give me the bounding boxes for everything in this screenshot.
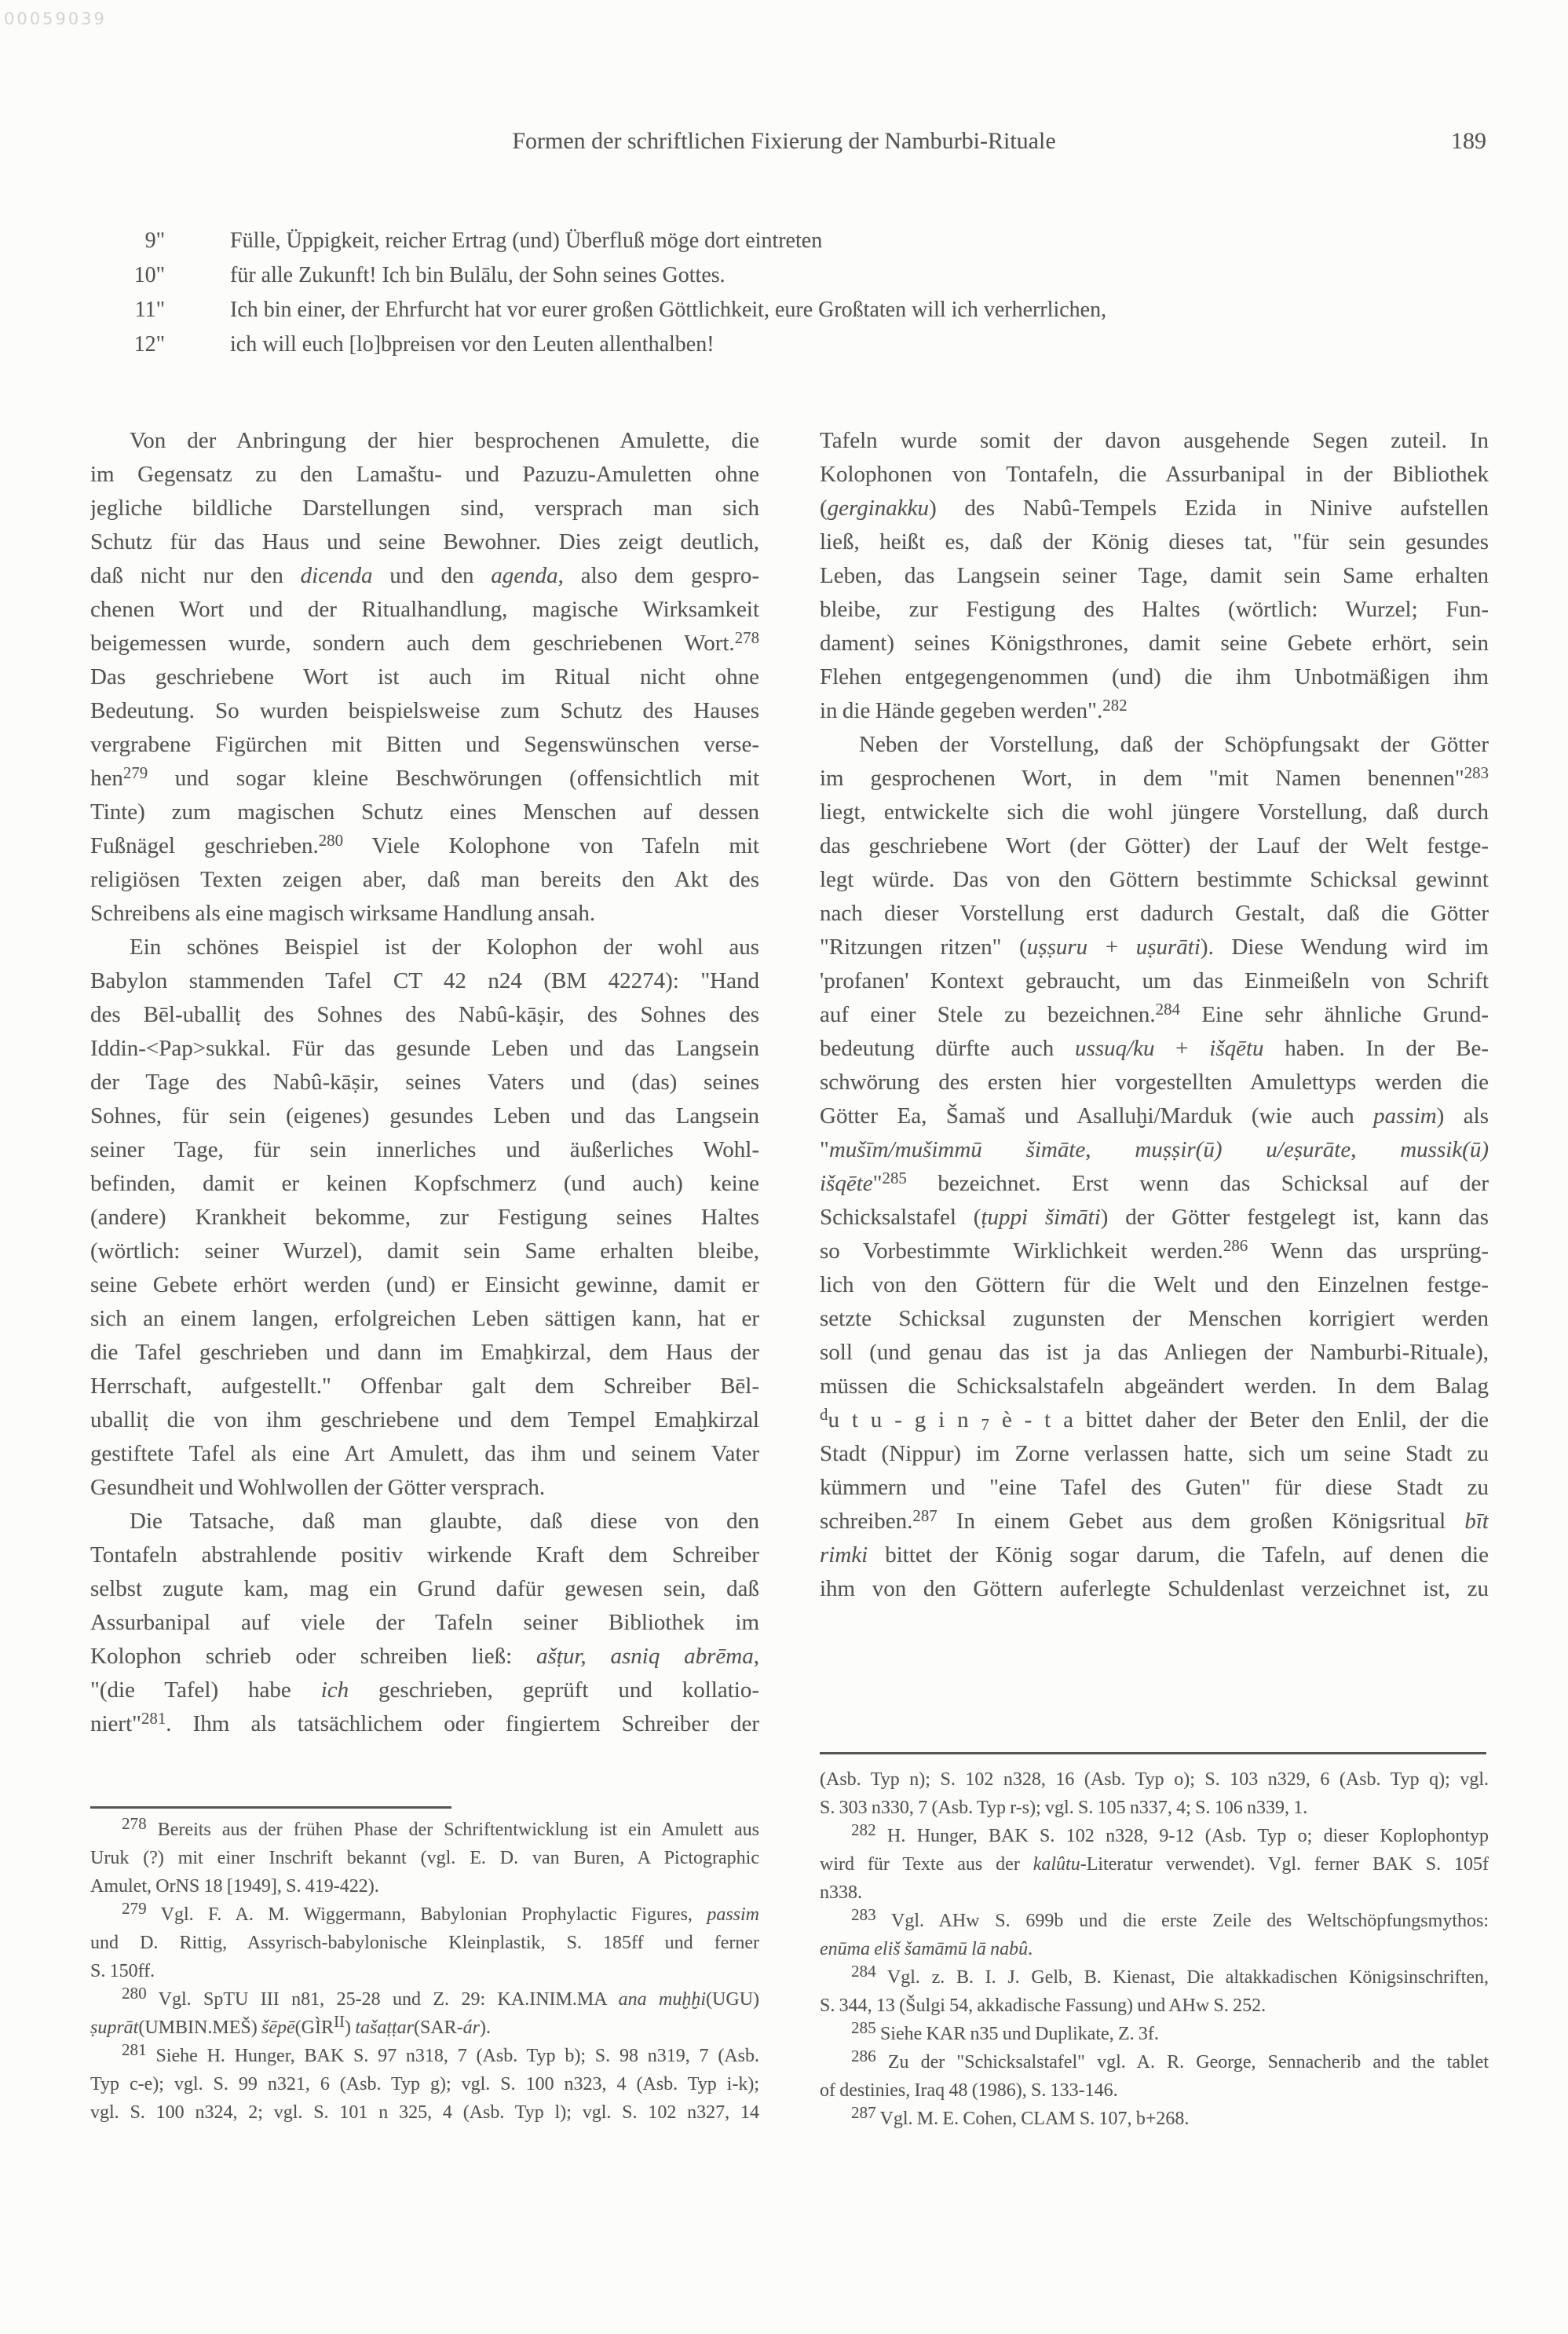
text-segment: ) der Götter festgelegt ist, kann das (1101, 1205, 1489, 1230)
superscript-text: 281 (141, 1709, 166, 1728)
text-line: Das geschriebene Wort ist auch im Ritual… (90, 660, 759, 694)
text-line: wird für Texte aus der kalûtu-Literatur … (820, 1850, 1489, 1879)
text-line: hen279 und sogar kleine Beschwörungen (o… (90, 762, 759, 796)
text-segment: beigemessen wurde, sondern auch dem gesc… (90, 631, 735, 656)
superscript-text: II (334, 2014, 345, 2031)
text-segment: (wörtlich: seiner Wurzel), damit sein Sa… (90, 1238, 759, 1264)
text-segment: dament) seines Königsthrones, damit sein… (820, 631, 1489, 656)
text-segment: . Ihm als tatsächlichem oder fingiertem … (166, 1711, 759, 1736)
text-line: seiner Tage, für sein innerliches und äu… (90, 1133, 759, 1167)
text-segment: Schreibens als eine magisch wirksame Han… (90, 901, 595, 926)
text-segment: Babylon stammenden Tafel CT 42 n24 (BM 4… (90, 968, 759, 993)
text-segment: Typ c-e); vgl. S. 99 n321, 6 (Asb. Typ g… (90, 2074, 759, 2094)
text-line: schwörung des ersten hier vorgestellten … (820, 1066, 1489, 1099)
text-segment: vgl. S. 100 n324, 2; vgl. S. 101 n 325, … (90, 2102, 759, 2123)
text-segment: jegliche bildliche Darstellungen sind, v… (90, 496, 759, 521)
text-segment: (SAR- (414, 2018, 463, 2038)
text-line: Kolophonen von Tontafeln, die Assurbanip… (820, 458, 1489, 492)
text-line: legt würde. Das von den Göttern bestimmt… (820, 863, 1489, 897)
text-segment: daß nicht nur den (90, 563, 301, 588)
text-line: Flehen entgegengenommen (und) die ihm Un… (820, 660, 1489, 694)
text-segment: è - t a bittet daher der Beter den Enlil… (989, 1407, 1489, 1432)
text-line: der Tage des Nabû-kāṣir, seines Vaters u… (90, 1066, 759, 1099)
superscript-text: 280 (122, 1985, 147, 2003)
text-segment: ) des Nabû-Tempels Ezida in Ninive aufst… (929, 496, 1489, 521)
text-segment: uballiṭ die von ihm geschriebene und dem… (90, 1407, 759, 1432)
text-line: ihm von den Göttern auferlegte Schuldenl… (820, 1572, 1489, 1606)
text-line: nach dieser Vorstellung erst dadurch Ges… (820, 897, 1489, 931)
text-line: Bedeutung. So wurden beispielsweise zum … (90, 694, 759, 728)
text-line: Schutz für das Haus und seine Bewohner. … (90, 525, 759, 559)
text-segment: Eine sehr ähnliche Grund- (1180, 1002, 1489, 1027)
text-segment: ihm von den Göttern auferlegte Schuldenl… (820, 1576, 1489, 1601)
text-segment: lich von den Göttern für die Welt und de… (820, 1272, 1489, 1297)
text-segment: niert" (90, 1711, 141, 1736)
text-line: setzte Schicksal zugunsten der Menschen … (820, 1302, 1489, 1336)
text-line: Ein schönes Beispiel ist der Kolophon de… (90, 931, 759, 964)
text-segment: H. Hunger, BAK S. 102 n328, 9-12 (Asb. T… (876, 1826, 1489, 1846)
italic-text: dicenda (301, 563, 373, 588)
text-line: selbst zugute kam, mag ein Grund dafür g… (90, 1572, 759, 1606)
italic-text: ich (321, 1677, 349, 1703)
text-line: 286 Zu der "Schicksalstafel" vgl. A. R. … (820, 2048, 1489, 2076)
text-line: Schicksalstafel (ṭuppi šimāti) der Götte… (820, 1201, 1489, 1235)
text-line: uballiṭ die von ihm geschriebene und dem… (90, 1403, 759, 1437)
text-line: Von der Anbringung der hier besprochenen… (90, 424, 759, 458)
italic-text: bīt (1464, 1509, 1489, 1534)
text-segment: 'profanen' Kontext gebraucht, um das Ein… (820, 968, 1489, 993)
text-segment: "Ritzungen ritzen" ( (820, 935, 1027, 960)
text-segment: schreiben. (820, 1509, 912, 1534)
italic-text: passim (707, 1904, 759, 1925)
text-line: in die Hände gegeben werden".282 (820, 694, 1489, 728)
text-segment: In einem Gebet aus dem großen Königsritu… (938, 1509, 1465, 1534)
quote-line-text: Fülle, Üppigkeit, reicher Ertrag (und) Ü… (230, 224, 822, 258)
text-segment: legt würde. Das von den Göttern bestimmt… (820, 867, 1489, 892)
text-segment: -Literatur verwendet). Vgl. ferner BAK S… (1080, 1854, 1489, 1875)
subscript-text: 7 (981, 1415, 989, 1434)
text-segment: kümmern und "eine Tafel des Guten" für d… (820, 1475, 1489, 1500)
text-segment: auf einer Stele zu bezeichnen. (820, 1002, 1156, 1027)
text-line: gestiftete Tafel als eine Art Amulett, d… (90, 1437, 759, 1471)
text-segment: Vgl. F. A. M. Wiggermann, Babylonian Pro… (147, 1904, 707, 1925)
text-line: "Ritzungen ritzen" (uṣṣuru + uṣurāti). D… (820, 931, 1489, 964)
text-line: Götter Ea, Šamaš und Asalluḫi/Marduk (wi… (820, 1099, 1489, 1133)
text-segment: ließ, heißt es, daß der König dieses tat… (820, 529, 1489, 554)
text-segment: Zu der "Schicksalstafel" vgl. A. R. Geor… (876, 2052, 1489, 2072)
italic-text: ašṭur, asniq abrēma (536, 1644, 754, 1669)
footnotes-right: (Asb. Typ n); S. 102 n328, 16 (Asb. Typ … (820, 1765, 1489, 2133)
text-segment: Tontafeln abstrahlende positiv wirkende … (90, 1542, 759, 1568)
text-segment: vergrabene Figürchen mit Bitten und Sege… (90, 732, 759, 757)
text-line: daß nicht nur den dicenda und den agenda… (90, 559, 759, 593)
text-segment: bedeutung dürfte auch (820, 1036, 1075, 1061)
text-segment: + (1087, 935, 1136, 960)
text-line: sich an einem langen, erfolgreichen Lebe… (90, 1302, 759, 1336)
text-line: du t u - g i n 7 è - t a bittet daher de… (820, 1403, 1489, 1437)
text-segment: im gesprochenen Wort, in dem "mit Namen … (820, 766, 1464, 791)
text-segment: Bedeutung. So wurden beispielsweise zum … (90, 698, 759, 723)
text-line: 278 Bereits aus der frühen Phase der Sch… (90, 1816, 759, 1844)
text-segment: , also dem gespro- (558, 563, 759, 588)
superscript-text: 279 (122, 1900, 147, 1918)
quoted-ritual-lines: 9" Fülle, Üppigkeit, reicher Ertrag (und… (90, 224, 1496, 362)
text-segment: Schutz für das Haus und seine Bewohner. … (90, 529, 759, 554)
text-segment: seine Gebete erhört werden (und) er Eins… (90, 1272, 759, 1297)
scanned-paper-page: 00059039 Formen der schriftlichen Fixier… (0, 0, 1568, 2334)
text-segment: (andere) Krankheit bekomme, zur Festigun… (90, 1205, 759, 1230)
text-segment: und sogar kleine Beschwörungen (offensic… (148, 766, 759, 791)
italic-text: ana muḫḫi (619, 1989, 706, 2010)
text-segment: Von der Anbringung der hier besprochenen… (130, 428, 759, 453)
text-segment: Kolophon schrieb oder schreiben ließ: (90, 1644, 536, 1669)
text-segment: im Gegensatz zu den Lamaštu- und Pazuzu-… (90, 462, 759, 487)
text-line: im gesprochenen Wort, in dem "mit Namen … (820, 762, 1489, 796)
quote-line-number: 11" (90, 293, 165, 327)
text-segment: Das geschriebene Wort ist auch im Ritual… (90, 664, 759, 690)
text-segment: . (1028, 1939, 1033, 1959)
italic-text: mušīm/mušimmū šimāte (829, 1137, 1085, 1162)
text-line: des Bēl-uballiṭ des Sohnes des Nabû-kāṣi… (90, 998, 759, 1032)
text-line: liegt, entwickelte sich die wohl jüngere… (820, 796, 1489, 829)
text-segment: Bereits aus der frühen Phase der Schrift… (147, 1820, 759, 1840)
italic-text: passim (1373, 1103, 1437, 1129)
text-segment: Tafeln wurde somit der davon ausgehende … (820, 428, 1489, 453)
text-line: 282 H. Hunger, BAK S. 102 n328, 9-12 (As… (820, 1822, 1489, 1850)
superscript-text: 286 (851, 2048, 876, 2065)
text-line: Kolophon schrieb oder schreiben ließ: aš… (90, 1640, 759, 1674)
italic-text: ṣuprāt (90, 2018, 138, 2038)
text-line: Tafeln wurde somit der davon ausgehende … (820, 424, 1489, 458)
quote-line-number: 9" (90, 224, 165, 258)
text-segment: Iddin-<Pap>sukkal. Für das gesunde Leben… (90, 1036, 759, 1061)
text-segment: sich an einem langen, erfolgreichen Lebe… (90, 1306, 759, 1331)
text-segment: selbst zugute kam, mag ein Grund dafür g… (90, 1576, 759, 1601)
text-segment: Gesundheit und Wohlwollen der Götter ver… (90, 1475, 545, 1500)
text-line: Tinte) zum magischen Schutz eines Mensch… (90, 796, 759, 829)
text-segment: befinden, damit er keinen Kopfschmerz (u… (90, 1171, 759, 1196)
superscript-text: 283 (851, 1907, 876, 1924)
text-segment: des Bēl-uballiṭ des Sohnes des Nabû-kāṣi… (90, 1002, 759, 1027)
text-segment: u t u - g i n (828, 1407, 981, 1432)
text-segment: " (820, 1137, 829, 1162)
text-segment: Tinte) zum magischen Schutz eines Mensch… (90, 799, 759, 825)
text-line: die Tafel geschrieben und dann im Emaḫki… (90, 1336, 759, 1370)
text-segment: " (873, 1171, 883, 1196)
text-line: Fußnägel geschrieben.280 Viele Kolophone… (90, 829, 759, 863)
text-line: chenen Wort und der Ritualhandlung, magi… (90, 593, 759, 627)
text-line: Typ c-e); vgl. S. 99 n321, 6 (Asb. Typ g… (90, 2070, 759, 2098)
superscript-text: 278 (735, 628, 759, 647)
quote-line-number: 12" (90, 327, 165, 362)
superscript-text: 280 (319, 831, 343, 850)
italic-text: uṣṣuru (1027, 935, 1087, 960)
text-segment: chenen Wort und der Ritualhandlung, magi… (90, 597, 759, 622)
text-line: 284 Vgl. z. B. I. J. Gelb, B. Kienast, D… (820, 1963, 1489, 1992)
text-segment: ). Diese Wendung wird im (1201, 935, 1489, 960)
text-line: jegliche bildliche Darstellungen sind, v… (90, 492, 759, 525)
text-segment: und den (372, 563, 491, 588)
text-segment: seiner Tage, für sein innerliches und äu… (90, 1137, 759, 1162)
text-segment: nach dieser Vorstellung erst dadurch Ges… (820, 901, 1489, 926)
italic-text: šēpē (261, 2018, 295, 2038)
text-line: rimki bittet der König sogar darum, die … (820, 1538, 1489, 1572)
text-line: 280 Vgl. SpTU III n81, 25-28 und Z. 29: … (90, 1985, 759, 2014)
text-line: of destinies, Iraq 48 (1986), S. 133-146… (820, 2076, 1489, 2105)
page-number: 189 (1451, 128, 1486, 155)
quote-line: 10" für alle Zukunft! Ich bin Bulālu, de… (90, 258, 1496, 293)
text-line: S. 303 n330, 7 (Asb. Typ r-s); vgl. S. 1… (820, 1794, 1489, 1822)
italic-text: ussuq/ku (1075, 1036, 1155, 1061)
text-segment: Wenn das ursprüng- (1248, 1238, 1489, 1264)
text-segment: "(die Tafel) habe (90, 1677, 321, 1703)
text-line: 283 Vgl. AHw S. 699b und die erste Zeile… (820, 1907, 1489, 1935)
superscript-text: 284 (1156, 1000, 1180, 1019)
text-segment: Die Tatsache, daß man glaubte, daß diese… (130, 1509, 759, 1534)
text-segment: religiösen Texten zeigen aber, daß man b… (90, 867, 759, 892)
text-segment: ) (345, 2018, 355, 2038)
text-line: "mušīm/mušimmū šimāte, muṣṣir(ū) u/eṣurā… (820, 1133, 1489, 1167)
italic-text: kalûtu (1033, 1854, 1080, 1875)
text-segment: haben. In der Be- (1264, 1036, 1489, 1061)
text-segment: soll (und genau das ist ja das Anliegen … (820, 1340, 1489, 1365)
text-segment: Neben der Vorstellung, daß der Schöpfung… (859, 732, 1489, 757)
text-line: ließ, heißt es, daß der König dieses tat… (820, 525, 1489, 559)
text-line: Iddin-<Pap>sukkal. Für das gesunde Leben… (90, 1032, 759, 1066)
text-segment: der Tage des Nabû-kāṣir, seines Vaters u… (90, 1070, 759, 1095)
text-segment: , (754, 1644, 759, 1669)
text-line: n338. (820, 1879, 1489, 1907)
text-segment: liegt, entwickelte sich die wohl jüngere… (820, 799, 1489, 825)
text-segment: Vgl. AHw S. 699b und die erste Zeile des… (876, 1911, 1489, 1931)
text-line: im Gegensatz zu den Lamaštu- und Pazuzu-… (90, 458, 759, 492)
italic-text: gerginakku (828, 496, 929, 521)
text-segment: müssen die Schicksalstafeln abgeändert w… (820, 1374, 1489, 1399)
text-segment: (UMBIN.MEŠ) (138, 2018, 261, 2038)
text-segment: Götter Ea, Šamaš und Asalluḫi/Marduk (wi… (820, 1103, 1373, 1129)
text-line: auf einer Stele zu bezeichnen.284 Eine s… (820, 998, 1489, 1032)
text-line: soll (und genau das ist ja das Anliegen … (820, 1336, 1489, 1370)
text-segment: bezeichnet. Erst wenn das Schicksal auf … (907, 1171, 1489, 1196)
text-segment: Siehe KAR n35 und Duplikate, Z. 3f. (876, 2024, 1159, 2044)
text-line: Assurbanipal auf viele der Tafeln seiner… (90, 1606, 759, 1640)
text-segment: + (1154, 1036, 1209, 1061)
text-segment: die Tafel geschrieben und dann im Emaḫki… (90, 1340, 759, 1365)
text-line: Babylon stammenden Tafel CT 42 n24 (BM 4… (90, 964, 759, 998)
text-line: beigemessen wurde, sondern auch dem gesc… (90, 627, 759, 660)
text-segment: geschrieben, geprüft und kollatio- (349, 1677, 759, 1703)
text-line: bleibe, zur Festigung des Haltes (wörtli… (820, 593, 1489, 627)
superscript-text: 281 (122, 2042, 147, 2059)
quote-line-text: Ich bin einer, der Ehrfurcht hat vor eur… (230, 293, 1106, 327)
text-segment: S. 303 n330, 7 (Asb. Typ r-s); vgl. S. 1… (820, 1798, 1307, 1818)
text-segment: (UGU) (706, 1989, 759, 2010)
text-segment: Siehe H. Hunger, BAK S. 97 n318, 7 (Asb.… (147, 2046, 759, 2066)
text-line: S. 344, 13 (Šulgi 54, akkadische Fassung… (820, 1992, 1489, 2020)
text-segment: hen (90, 766, 123, 791)
text-segment: das geschriebene Wort (der Götter) der L… (820, 833, 1489, 858)
text-segment: Viele Kolophone von Tafeln mit (343, 833, 759, 858)
text-line: "(die Tafel) habe ich geschrieben, geprü… (90, 1674, 759, 1707)
quote-line-number: 10" (90, 258, 165, 293)
text-segment: ) als (1437, 1103, 1489, 1129)
text-line: 281 Siehe H. Hunger, BAK S. 97 n318, 7 (… (90, 2042, 759, 2070)
italic-text: agenda (491, 563, 557, 588)
quote-line: 11" Ich bin einer, der Ehrfurcht hat vor… (90, 293, 1496, 327)
text-line: und D. Rittig, Assyrisch-babylonische Kl… (90, 1929, 759, 1957)
text-line: niert"281. Ihm als tatsächlichem oder fi… (90, 1707, 759, 1741)
text-line: Gesundheit und Wohlwollen der Götter ver… (90, 1471, 759, 1505)
italic-text: išqēte (820, 1171, 873, 1196)
text-line: Tontafeln abstrahlende positiv wirkende … (90, 1538, 759, 1572)
text-line: 285 Siehe KAR n35 und Duplikate, Z. 3f. (820, 2020, 1489, 2048)
italic-text: ár (463, 2018, 480, 2038)
text-line: (Asb. Typ n); S. 102 n328, 16 (Asb. Typ … (820, 1765, 1489, 1794)
text-line: 287 Vgl. M. E. Cohen, CLAM S. 107, b+268… (820, 2105, 1489, 2133)
superscript-text: 285 (883, 1169, 907, 1187)
italic-text: muṣṣir(ū) u/eṣurāte (1135, 1137, 1351, 1162)
text-segment: Vgl. z. B. I. J. Gelb, B. Kienast, Die a… (876, 1967, 1489, 1988)
left-column-body: Von der Anbringung der hier besprochenen… (90, 424, 759, 1741)
text-line: Sohnes, für sein (eigenes) gesundes Lebe… (90, 1099, 759, 1133)
text-segment: (Asb. Typ n); S. 102 n328, 16 (Asb. Typ … (820, 1769, 1489, 1790)
text-segment: , (1085, 1137, 1135, 1162)
superscript-text: 282 (851, 1822, 876, 1839)
scan-stamp-number: 00059039 (4, 9, 107, 28)
text-segment: S. 344, 13 (Šulgi 54, akkadische Fassung… (820, 1996, 1266, 2016)
text-line: schreiben.287 In einem Gebet aus dem gro… (820, 1505, 1489, 1538)
text-segment: , (1351, 1137, 1400, 1162)
text-line: ṣuprāt(UMBIN.MEŠ) šēpē(GÌRII) tašaṭṭar(S… (90, 2014, 759, 2042)
text-line: (wörtlich: seiner Wurzel), damit sein Sa… (90, 1235, 759, 1268)
italic-text: mussik(ū) (1400, 1137, 1489, 1162)
footnote-separator-left (90, 1806, 451, 1809)
superscript-text: 284 (851, 1963, 876, 1981)
text-line: Leben, das Langsein seiner Tage, damit s… (820, 559, 1489, 593)
text-line: Uruk (?) mit einer Inschrift bekannt (vg… (90, 1844, 759, 1872)
superscript-text: 286 (1223, 1236, 1248, 1255)
italic-text: išqētu (1209, 1036, 1263, 1061)
text-line: (andere) Krankheit bekomme, zur Festigun… (90, 1201, 759, 1235)
footnotes-left: 278 Bereits aus der frühen Phase der Sch… (90, 1816, 759, 2127)
text-segment: of destinies, Iraq 48 (1986), S. 133-146… (820, 2080, 1118, 2101)
superscript-text: 287 (912, 1506, 937, 1525)
italic-text: uṣurāti (1136, 935, 1201, 960)
text-segment: schwörung des ersten hier vorgestellten … (820, 1070, 1489, 1095)
text-line: dament) seines Königsthrones, damit sein… (820, 627, 1489, 660)
superscript-text: 285 (851, 2020, 876, 2037)
text-segment: Vgl. SpTU III n81, 25-28 und Z. 29: KA.I… (147, 1989, 619, 2010)
text-line: Neben der Vorstellung, daß der Schöpfung… (820, 728, 1489, 762)
quote-line-text: ich will euch [lo]bpreisen vor den Leute… (230, 327, 715, 362)
text-segment: bittet der König sogar darum, die Tafeln… (868, 1542, 1489, 1568)
footnote-separator-right (820, 1752, 1486, 1754)
superscript-text: 282 (1102, 696, 1127, 715)
running-head-title: Formen der schriftlichen Fixierung der N… (0, 128, 1568, 155)
superscript-text: 278 (122, 1816, 147, 1833)
text-segment: Sohnes, für sein (eigenes) gesundes Lebe… (90, 1103, 759, 1129)
text-line: das geschriebene Wort (der Götter) der L… (820, 829, 1489, 863)
text-segment: gestiftete Tafel als eine Art Amulett, d… (90, 1441, 759, 1466)
text-segment: Herrschaft, aufgestellt." Offenbar galt … (90, 1374, 759, 1399)
text-segment: in die Hände gegeben werden". (820, 698, 1102, 723)
right-column-body: Tafeln wurde somit der davon ausgehende … (820, 424, 1489, 1606)
text-segment: setzte Schicksal zugunsten der Menschen … (820, 1306, 1489, 1331)
text-segment: ( (820, 496, 828, 521)
text-segment: Fußnägel geschrieben. (90, 833, 319, 858)
text-segment: und D. Rittig, Assyrisch-babylonische Kl… (90, 1933, 759, 1953)
text-line: enūma eliš šamāmū lā nabû. (820, 1935, 1489, 1963)
superscript-text: 287 (851, 2105, 876, 2122)
text-segment: S. 150ff. (90, 1961, 155, 1981)
text-segment: Ein schönes Beispiel ist der Kolophon de… (130, 935, 759, 960)
quote-line-text: für alle Zukunft! Ich bin Bulālu, der So… (230, 258, 726, 293)
text-line: Die Tatsache, daß man glaubte, daß diese… (90, 1505, 759, 1538)
text-segment: so Vorbestimmte Wirklichkeit werden. (820, 1238, 1223, 1264)
text-line: seine Gebete erhört werden (und) er Eins… (90, 1268, 759, 1302)
italic-text: rimki (820, 1542, 868, 1568)
text-segment: Schicksalstafel ( (820, 1205, 981, 1230)
quote-line: 12" ich will euch [lo]bpreisen vor den L… (90, 327, 1496, 362)
text-line: so Vorbestimmte Wirklichkeit werden.286 … (820, 1235, 1489, 1268)
text-segment: n338. (820, 1882, 862, 1903)
text-segment: Leben, das Langsein seiner Tage, damit s… (820, 563, 1489, 588)
italic-text: enūma eliš šamāmū lā nabû (820, 1939, 1028, 1959)
text-segment: Kolophonen von Tontafeln, die Assurbanip… (820, 462, 1489, 487)
text-line: (gerginakku) des Nabû-Tempels Ezida in N… (820, 492, 1489, 525)
text-line: lich von den Göttern für die Welt und de… (820, 1268, 1489, 1302)
text-line: kümmern und "eine Tafel des Guten" für d… (820, 1471, 1489, 1505)
text-line: religiösen Texten zeigen aber, daß man b… (90, 863, 759, 897)
text-line: Herrschaft, aufgestellt." Offenbar galt … (90, 1370, 759, 1403)
text-line: Amulet, OrNS 18 [1949], S. 419-422). (90, 1872, 759, 1900)
text-segment: bleibe, zur Festigung des Haltes (wörtli… (820, 597, 1489, 622)
text-line: vgl. S. 100 n324, 2; vgl. S. 101 n 325, … (90, 2098, 759, 2127)
text-line: Stadt (Nippur) im Zorne verlassen hatte,… (820, 1437, 1489, 1471)
text-segment: Stadt (Nippur) im Zorne verlassen hatte,… (820, 1441, 1489, 1466)
text-line: befinden, damit er keinen Kopfschmerz (u… (90, 1167, 759, 1201)
text-segment: ). (480, 2018, 491, 2038)
superscript-text: 283 (1464, 763, 1489, 782)
text-segment: Flehen entgegengenommen (und) die ihm Un… (820, 664, 1489, 690)
text-line: S. 150ff. (90, 1957, 759, 1985)
quote-line: 9" Fülle, Üppigkeit, reicher Ertrag (und… (90, 224, 1496, 258)
italic-text: ṭuppi šimāti (981, 1205, 1100, 1230)
text-segment: Assurbanipal auf viele der Tafeln seiner… (90, 1610, 759, 1635)
text-segment: wird für Texte aus der (820, 1854, 1033, 1875)
text-line: išqēte"285 bezeichnet. Erst wenn das Sch… (820, 1167, 1489, 1201)
text-line: 279 Vgl. F. A. M. Wiggermann, Babylonian… (90, 1900, 759, 1929)
text-line: Schreibens als eine magisch wirksame Han… (90, 897, 759, 931)
text-line: bedeutung dürfte auch ussuq/ku + išqētu … (820, 1032, 1489, 1066)
text-line: vergrabene Figürchen mit Bitten und Sege… (90, 728, 759, 762)
text-segment: (GÌR (295, 2018, 334, 2038)
text-line: 'profanen' Kontext gebraucht, um das Ein… (820, 964, 1489, 998)
superscript-text: d (820, 1405, 828, 1424)
text-segment: Vgl. M. E. Cohen, CLAM S. 107, b+268. (876, 2109, 1190, 2129)
text-segment: Amulet, OrNS 18 [1949], S. 419-422). (90, 1876, 379, 1897)
text-line: müssen die Schicksalstafeln abgeändert w… (820, 1370, 1489, 1403)
text-segment: Uruk (?) mit einer Inschrift bekannt (vg… (90, 1848, 759, 1868)
italic-text: tašaṭṭar (355, 2018, 414, 2038)
superscript-text: 279 (123, 763, 148, 782)
